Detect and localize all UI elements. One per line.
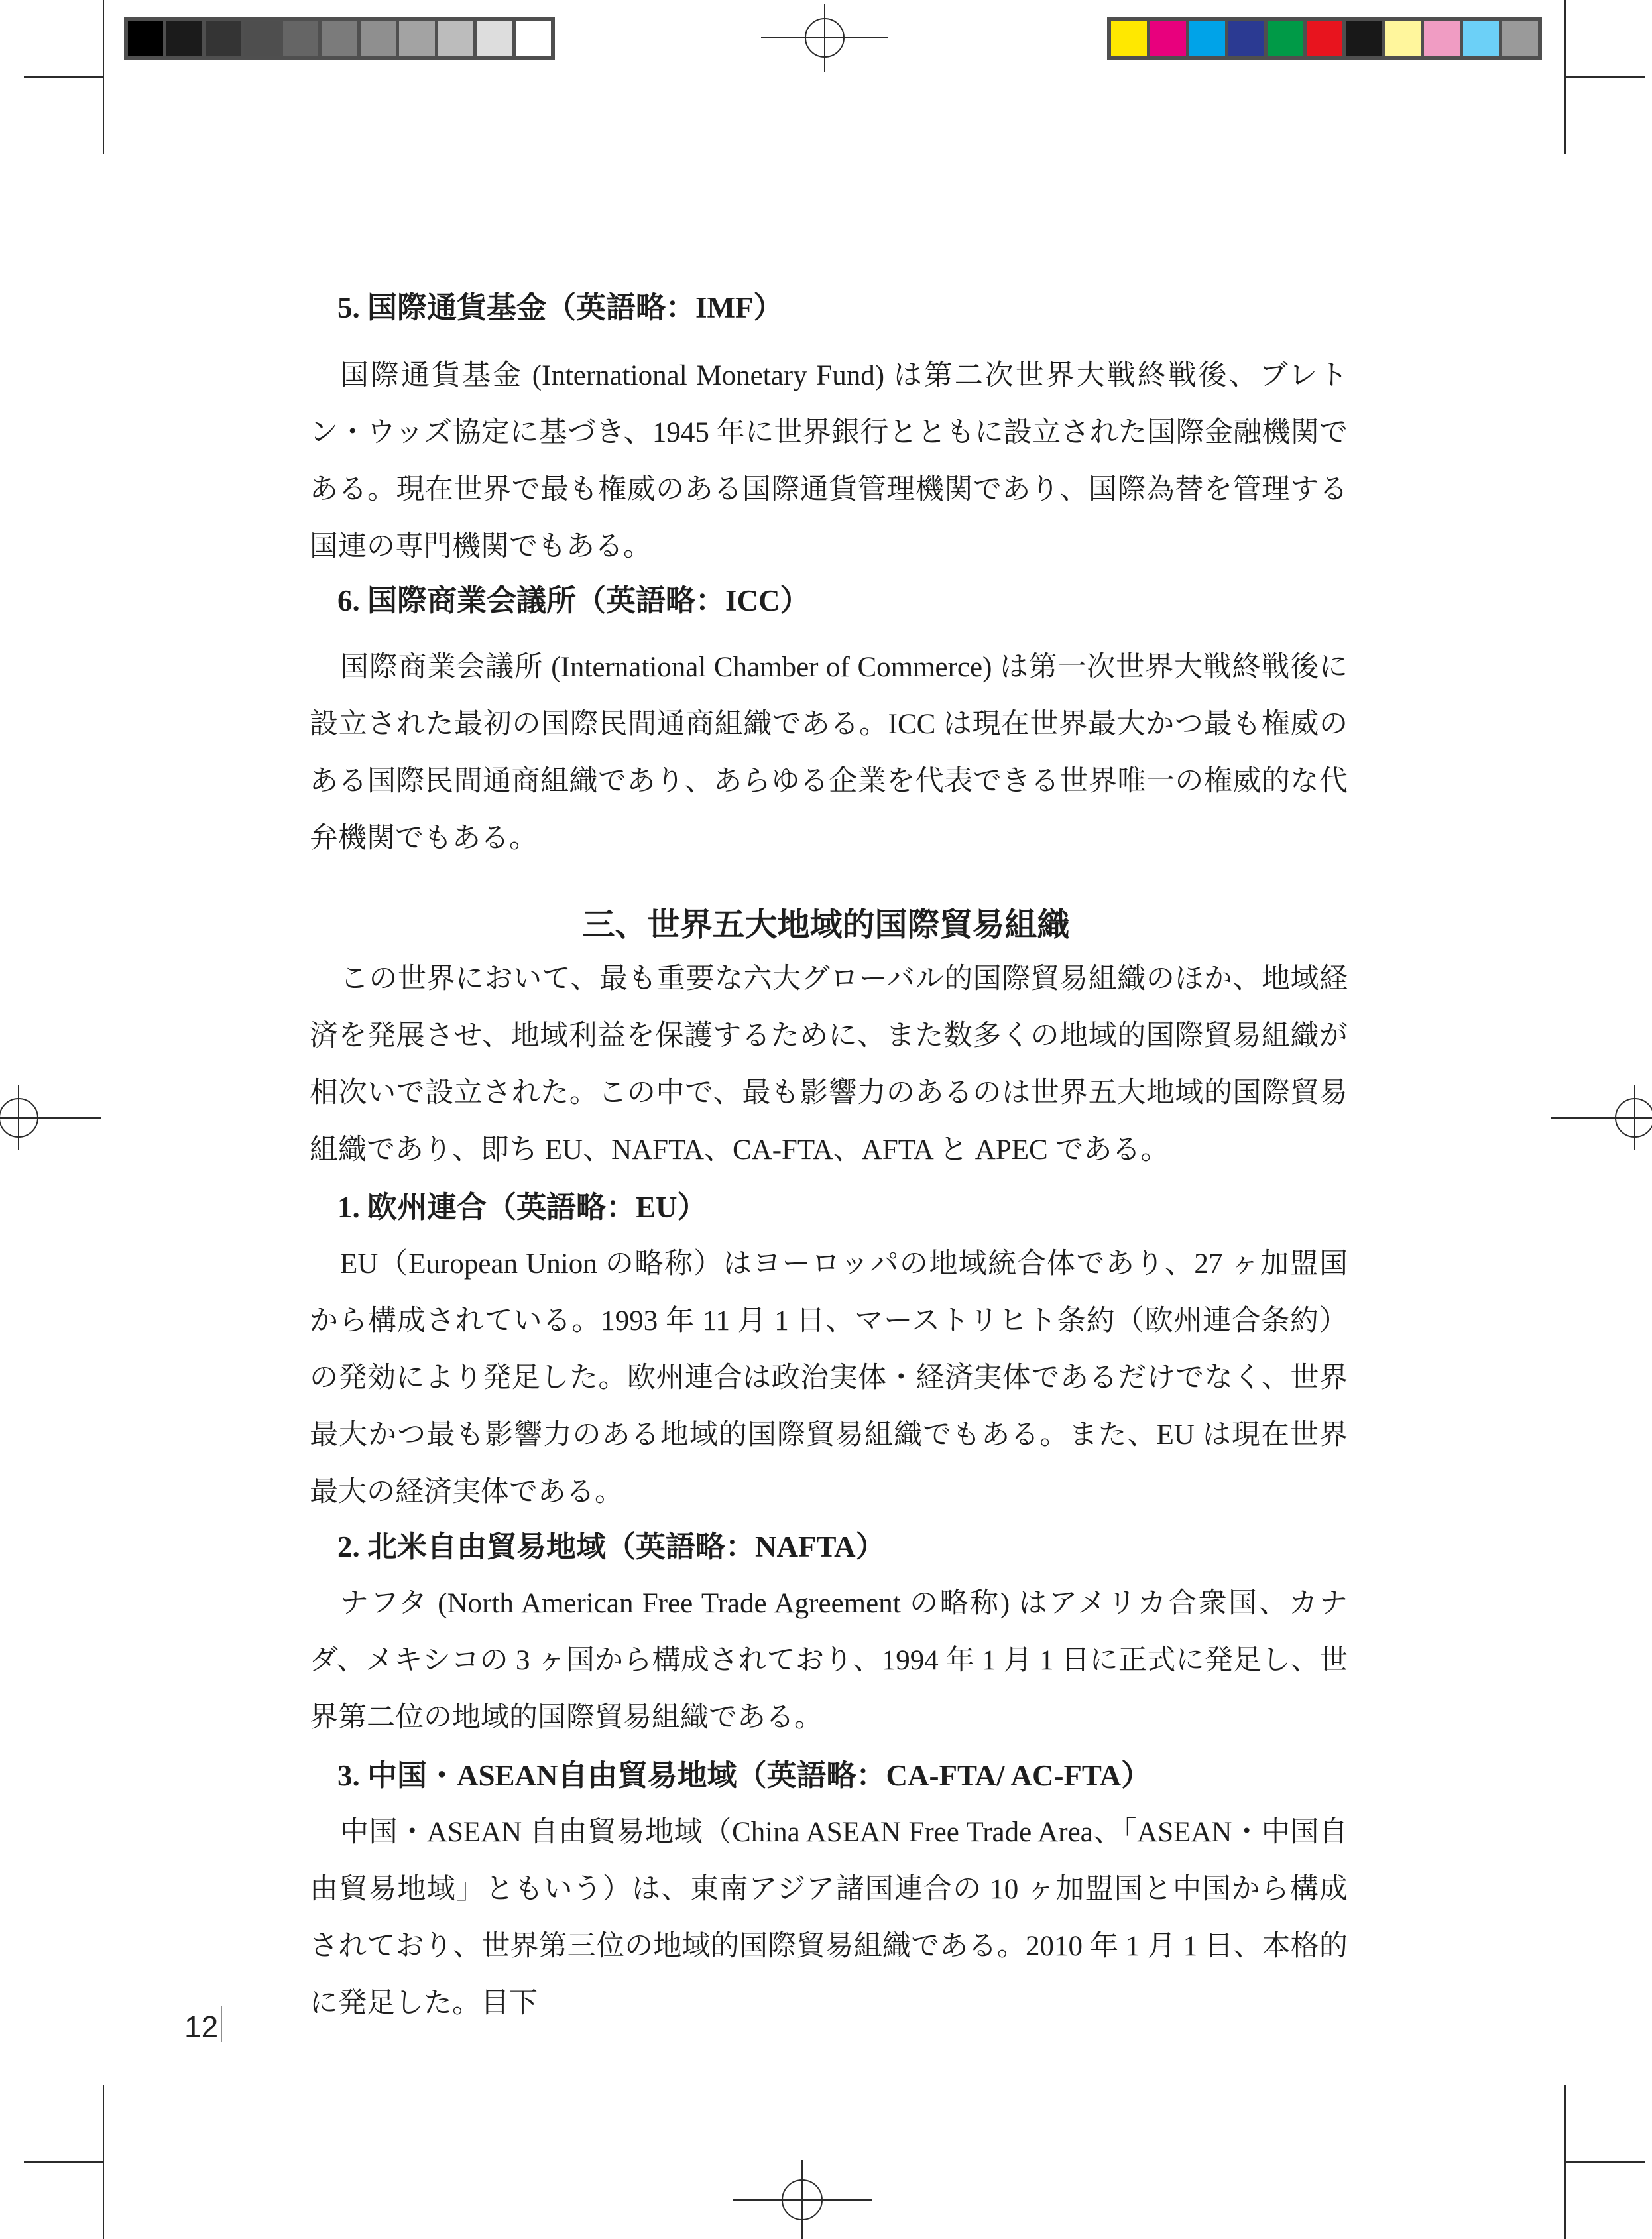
paragraph-nafta: ナフタ (North American Free Trade Agreement… — [310, 1575, 1348, 1746]
color-swatch — [1385, 21, 1421, 56]
heading-imf: 5. 国際通貨基金（英語略：IMF） — [337, 289, 783, 326]
grayscale-swatch — [283, 21, 318, 56]
grayscale-swatch — [477, 21, 512, 56]
grayscale-swatch — [399, 21, 434, 56]
trim-mark-bottom-left — [24, 2085, 103, 2239]
grayscale-swatch — [166, 21, 202, 56]
heading-nafta: 2. 北米自由貿易地域（英語略：NAFTA） — [337, 1528, 886, 1565]
color-swatch — [1502, 21, 1538, 56]
color-swatch — [1189, 21, 1225, 56]
registration-mark-top-center — [761, 4, 888, 72]
chapter-title: 三、世界五大地域的国際貿易組織 — [0, 904, 1652, 945]
color-swatch — [1424, 21, 1460, 56]
grayscale-swatch — [322, 21, 357, 56]
paragraph-imf: 国際通貨基金 (International Monetary Fund) は第二… — [310, 347, 1348, 575]
color-swatch — [1150, 21, 1186, 56]
heading-cafta: 3. 中国・ASEAN自由貿易地域（英語略：CA-FTA/ AC-FTA） — [337, 1757, 1151, 1794]
trim-mark-top-left — [24, 0, 103, 154]
color-swatch — [1463, 21, 1499, 56]
grayscale-swatch — [206, 21, 241, 56]
color-swatch — [1346, 21, 1382, 56]
color-swatch — [1307, 21, 1342, 56]
heading-eu: 1. 欧州連合（英語略：EU） — [337, 1189, 707, 1226]
heading-icc: 6. 国際商業会議所（英語略：ICC） — [337, 582, 810, 619]
grayscale-swatch — [244, 21, 279, 56]
grayscale-swatch — [438, 21, 473, 56]
paragraph-icc: 国際商業会議所 (International Chamber of Commer… — [310, 639, 1348, 867]
page-number: 12 — [184, 2009, 218, 2045]
paragraph-eu: EU（European Union の略称）はヨーロッパの地域統合体であり、27… — [310, 1236, 1348, 1521]
color-swatch — [1228, 21, 1264, 56]
registration-mark-bottom-center — [733, 2160, 872, 2239]
trim-mark-top-right — [1565, 0, 1645, 154]
paragraph-chapter-intro: この世界において、最も重要な六大グローバル的国際貿易組織のほか、地域経済を発展さ… — [310, 951, 1348, 1179]
registration-mark-left-middle — [0, 1085, 101, 1150]
color-swatch — [1268, 21, 1303, 56]
grayscale-swatch — [361, 21, 396, 56]
grayscale-swatch — [128, 21, 163, 56]
color-swatch — [1111, 21, 1147, 56]
trim-mark-bottom-right — [1565, 2085, 1645, 2239]
registration-mark-right-middle — [1551, 1085, 1652, 1150]
paragraph-cafta: 中国・ASEAN 自由貿易地域（China ASEAN Free Trade A… — [310, 1804, 1348, 1975]
color-calibration-bar — [1107, 17, 1542, 60]
scanned-book-page: 5. 国際通貨基金（英語略：IMF） 国際通貨基金 (International… — [0, 0, 1652, 2239]
grayscale-calibration-bar — [124, 17, 555, 60]
grayscale-swatch — [516, 21, 551, 56]
page-number-rule — [221, 2006, 222, 2042]
